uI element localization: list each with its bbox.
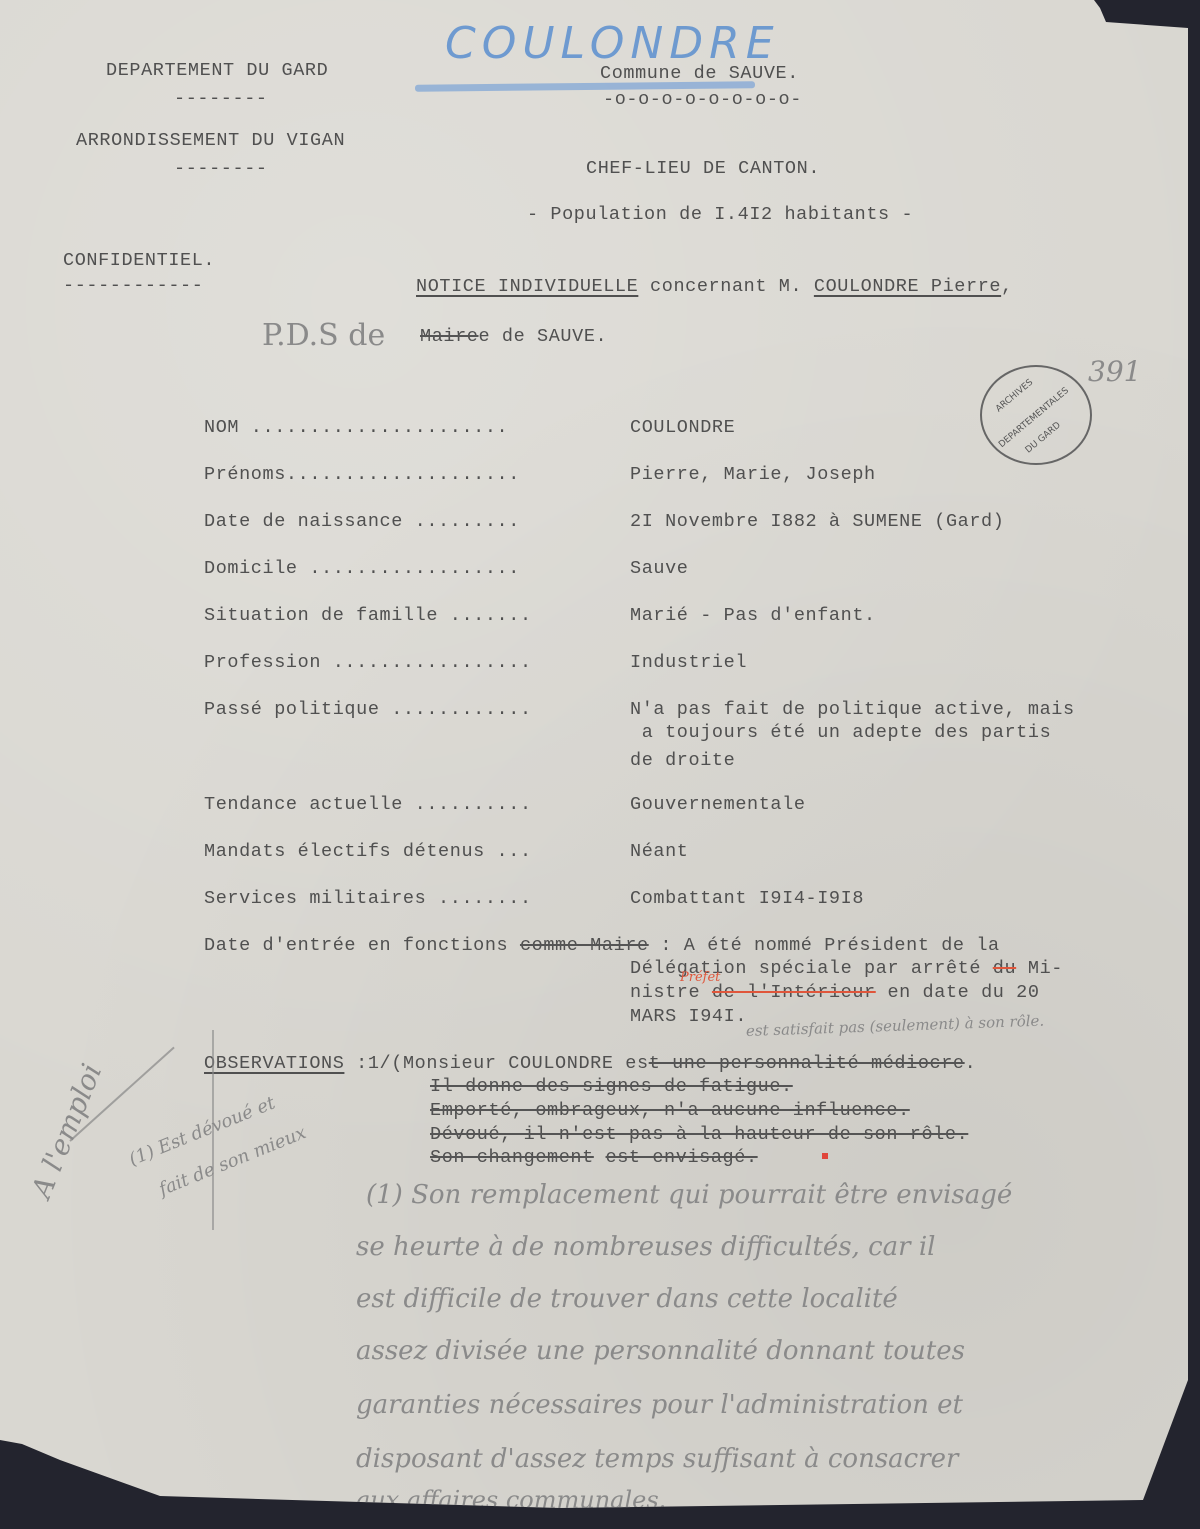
field-value-passe-politique: N'a pas fait de politique active, mais: [630, 699, 1075, 720]
handwritten-line-3: est difficile de trouver dans cette loca…: [356, 1284, 898, 1314]
notice-title: NOTICE INDIVIDUELLE: [416, 276, 638, 297]
divider: ------------: [63, 275, 203, 296]
field-value-tendance: Gouvernementale: [630, 794, 806, 815]
observations-line2: Il donne des signes de fatigue.: [430, 1076, 793, 1097]
handwritten-line-7: aux affaires communales.: [356, 1486, 666, 1514]
handwritten-name-blue: COULONDRE: [445, 18, 780, 69]
field-value-passe-politique-2: a toujours été un adepte des partis: [630, 722, 1051, 743]
person-name: COULONDRE Pierre: [814, 276, 1001, 297]
field-value-profession: Industriel: [630, 652, 747, 673]
observations-line3: Emporté, ombrageux, n'a aucune influence…: [430, 1100, 910, 1121]
observations-line4: Dévoué, il n'est pas à la hauteur de son…: [430, 1124, 968, 1145]
observations-line1: OBSERVATIONS :1/(Monsieur COULONDRE est …: [204, 1053, 976, 1074]
folio-number: 391: [1088, 355, 1141, 388]
divider: --------: [174, 88, 268, 109]
field-label-nom: NOM ......................: [204, 417, 508, 438]
chef-lieu-heading: CHEF-LIEU DE CANTON.: [586, 158, 820, 179]
entry-date-line1: Date d'entrée en fonctions comme Maire :…: [204, 935, 1000, 956]
field-value-famille: Marié - Pas d'enfant.: [630, 605, 876, 626]
confidential-label: CONFIDENTIEL.: [63, 250, 215, 271]
field-value-mandats: Néant: [630, 841, 689, 862]
field-label-tendance: Tendance actuelle ..........: [204, 794, 532, 815]
entry-date-line3: nistre de l'Intérieur en date du 20: [630, 982, 1040, 1003]
handwritten-pds: P.D.S de: [262, 318, 385, 353]
field-value-domicile: Sauve: [630, 558, 689, 579]
handwritten-line-4: assez divisée une personnalité donnant t…: [356, 1336, 965, 1366]
red-pencil-insert: Préfet: [680, 970, 720, 985]
field-label-passe-politique: Passé politique ............: [204, 699, 532, 720]
field-value-passe-politique-3: de droite: [630, 750, 735, 771]
observations-label: OBSERVATIONS: [204, 1053, 344, 1074]
field-label-profession: Profession .................: [204, 652, 532, 673]
field-value-naissance: 2I Novembre I882 à SUMENE (Gard): [630, 511, 1004, 532]
notice-title-line: NOTICE INDIVIDUELLE concernant M. COULON…: [416, 276, 1013, 297]
field-value-services: Combattant I9I4-I9I8: [630, 888, 864, 909]
pencil-note-above-observations: est satisfait pas (seulement) à son rôle…: [746, 1012, 1045, 1040]
document-page: DEPARTEMENT DU GARD -------- ARRONDISSEM…: [0, 0, 1188, 1508]
field-label-services: Services militaires ........: [204, 888, 532, 909]
handwritten-line-5: garanties nécessaires pour l'administrat…: [356, 1390, 963, 1420]
handwritten-line-1: (1) Son remplacement qui pourrait être e…: [366, 1180, 1012, 1210]
ornament-divider: -o-o-o-o-o-o-o-o-: [603, 89, 802, 110]
role-line: Mairee de SAUVE.: [420, 326, 607, 347]
department-heading: DEPARTEMENT DU GARD: [106, 60, 328, 81]
field-value-prenoms: Pierre, Marie, Joseph: [630, 464, 876, 485]
margin-note-vertical: A l'emploi: [25, 1059, 109, 1203]
observations-line5: Son changement est envisagé.: [430, 1147, 758, 1168]
field-label-prenoms: Prénoms....................: [204, 464, 520, 485]
field-label-famille: Situation de famille .......: [204, 605, 532, 626]
divider: --------: [174, 158, 268, 179]
commune-heading: Commune de SAUVE.: [600, 63, 799, 84]
field-label-domicile: Domicile ..................: [204, 558, 520, 579]
arrondissement-heading: ARRONDISSEMENT DU VIGAN: [76, 130, 345, 151]
handwritten-line-6: disposant d'assez temps suffisant à cons…: [356, 1444, 958, 1474]
population-line: - Population de I.4I2 habitants -: [527, 204, 913, 225]
field-value-nom: COULONDRE: [630, 417, 735, 438]
entry-date-line4: MARS I94I.: [630, 1006, 747, 1027]
red-pencil-mark: [822, 1153, 828, 1159]
field-label-mandats: Mandats électifs détenus ...: [204, 841, 532, 862]
archives-stamp: ARCHIVES DEPARTEMENTALES DU GARD: [980, 365, 1092, 465]
field-label-naissance: Date de naissance .........: [204, 511, 520, 532]
handwritten-line-2: se heurte à de nombreuses difficultés, c…: [356, 1232, 935, 1262]
